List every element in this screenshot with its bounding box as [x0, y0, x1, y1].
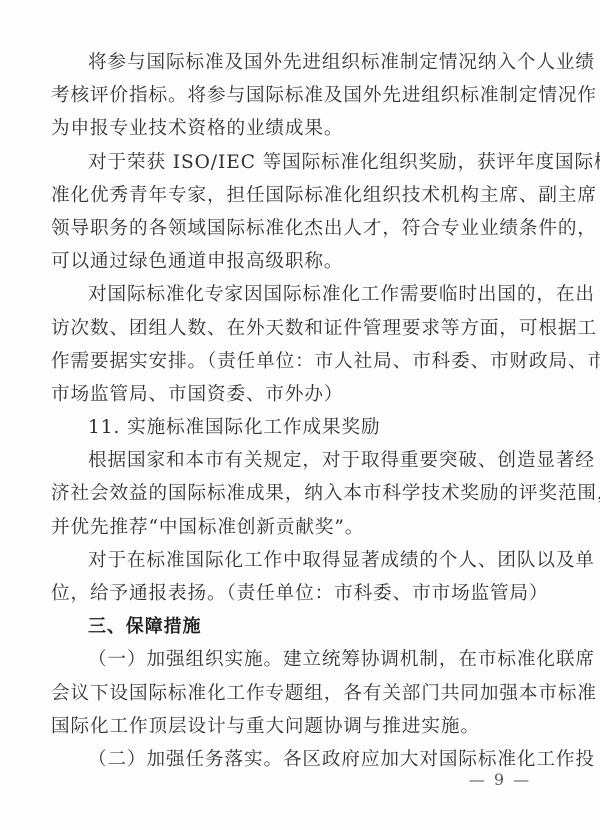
paragraph-line: （一）加强组织实施。建立统筹协调机制，在市标准化联席: [51, 643, 584, 676]
paragraph-line: 访次数、团组人数、在外天数和证件管理要求等方面，可根据工: [51, 312, 547, 345]
paragraph-line: 考核评价指标。将参与国际标准及国外先进组织标准制定情况作: [51, 79, 547, 112]
paragraph-line: 将参与国际标准及国外先进组织标准制定情况纳入个人业绩: [51, 46, 584, 79]
paragraph-line: 对于荣获 ISO/IEC 等国际标准化组织奖励，获评年度国际标: [51, 146, 584, 179]
paragraph-line: 为申报专业技术资格的业绩成果。: [51, 112, 547, 145]
page-number: — 9 —: [465, 770, 535, 789]
paragraph-line: 会议下设国际标准化工作专题组，各有关部门共同加强本市标准: [51, 677, 547, 710]
paragraph-line: 济社会效益的国际标准成果，纳入本市科学技术奖励的评奖范围，: [51, 477, 547, 510]
document-page: 将参与国际标准及国外先进组织标准制定情况纳入个人业绩 考核评价指标。将参与国际标…: [0, 0, 600, 830]
paragraph-line: 国际化工作顶层设计与重大问题协调与推进实施。: [51, 710, 547, 743]
section-item-title: 11. 实施标准国际化工作成果奖励: [51, 411, 547, 444]
document-body: 将参与国际标准及国外先进组织标准制定情况纳入个人业绩 考核评价指标。将参与国际标…: [51, 46, 547, 776]
paragraph-line: 作需要据实安排。（责任单位：市人社局、市科委、市财政局、市: [51, 345, 547, 378]
paragraph-line: 市场监管局、市国资委、市外办）: [51, 378, 547, 411]
paragraph-line: 领导职务的各领域国际标准化杰出人才，符合专业业绩条件的，: [51, 212, 547, 245]
paragraph-line: 根据国家和本市有关规定，对于取得重要突破、创造显著经: [51, 444, 584, 477]
paragraph-line: 可以通过绿色通道申报高级职称。: [51, 245, 547, 278]
paragraph-line: 对国际标准化专家因国际标准化工作需要临时出国的，在出: [51, 278, 584, 311]
paragraph-line: 准化优秀青年专家，担任国际标准化组织技术机构主席、副主席: [51, 179, 547, 212]
paragraph-line: 对于在标准国际化工作中取得显著成绩的个人、团队以及单: [51, 544, 584, 577]
paragraph-line: 位，给予通报表扬。（责任单位：市科委、市市场监管局）: [51, 577, 547, 610]
section-heading: 三、保障措施: [51, 610, 547, 643]
paragraph-line: 并优先推荐“中国标准创新贡献奖”。: [51, 511, 547, 544]
